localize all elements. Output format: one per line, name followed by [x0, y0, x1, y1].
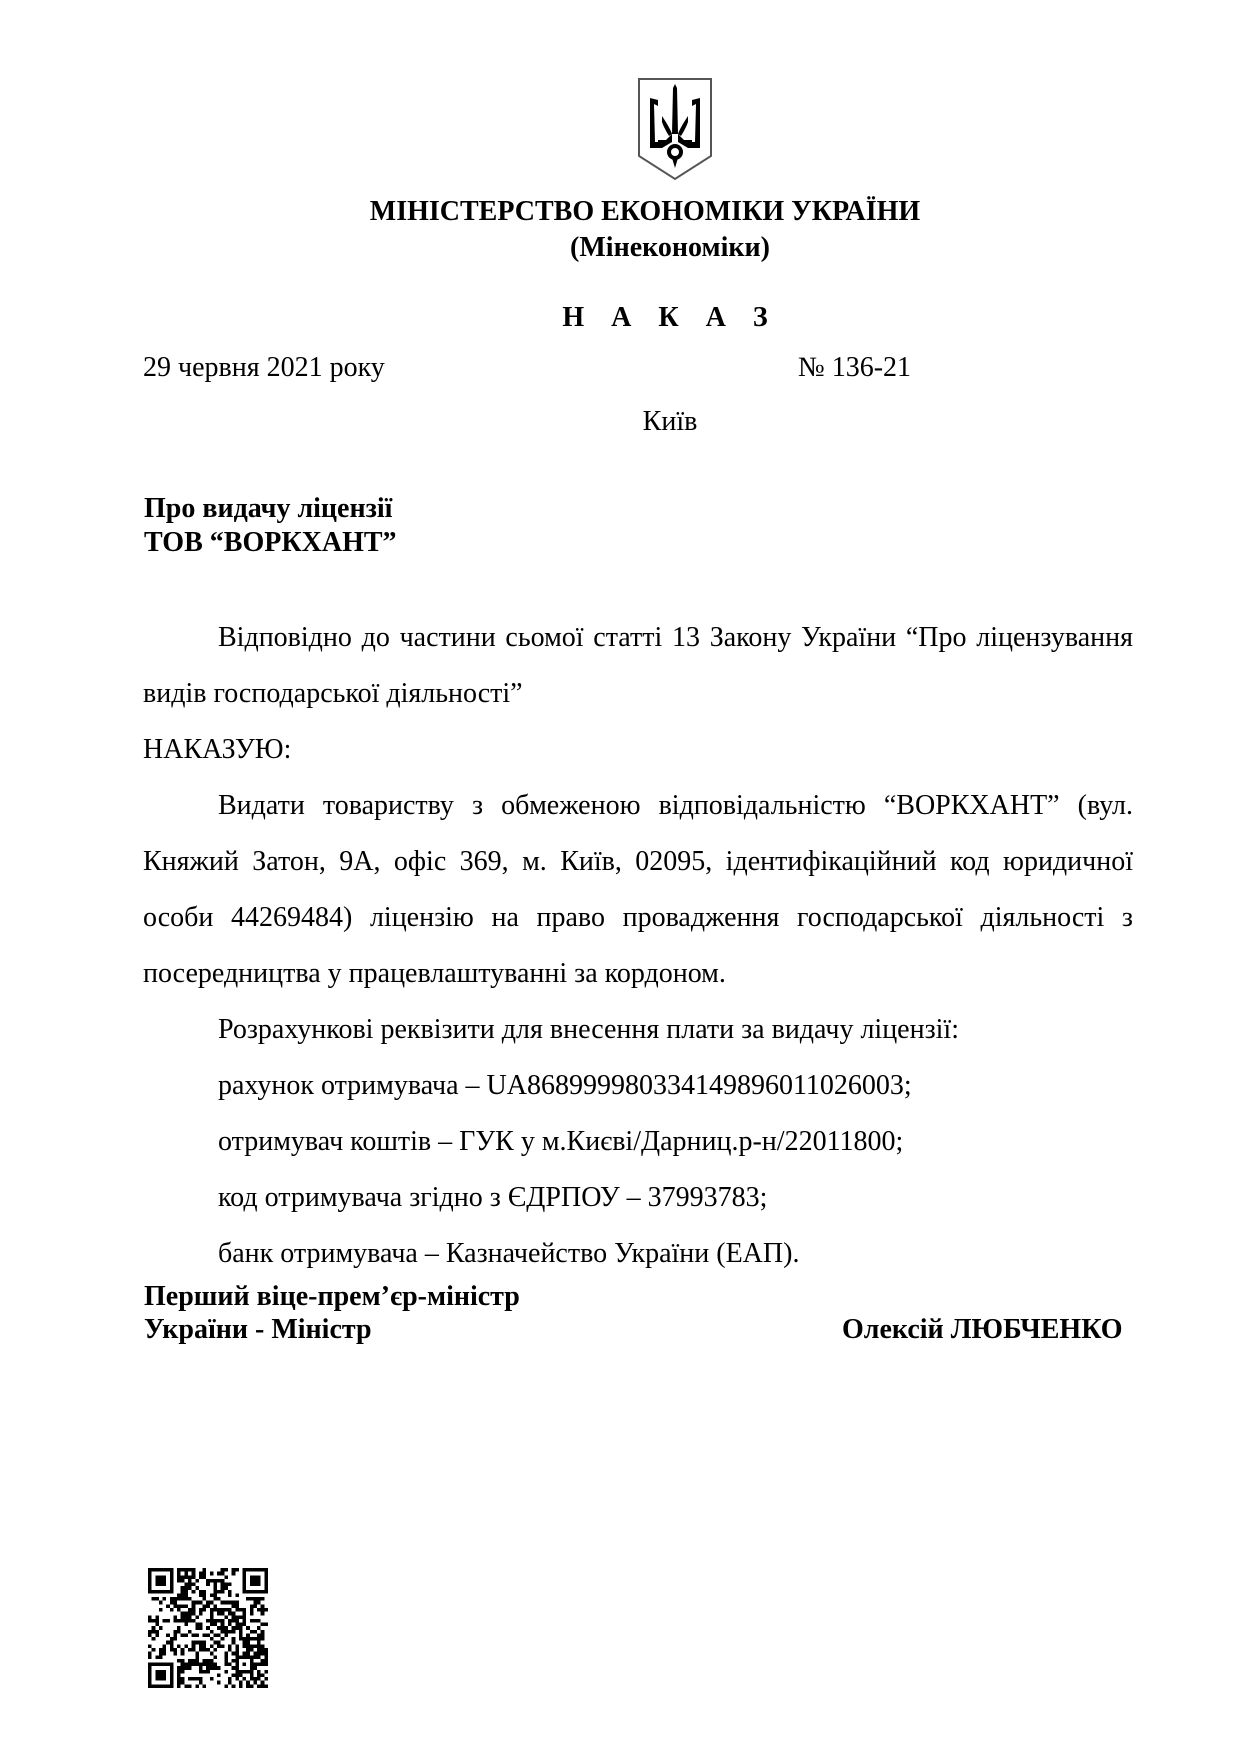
document-date: 29 червня 2021 року	[143, 352, 385, 384]
ministry-name: МІНІСТЕРСТВО ЕКОНОМІКИ УКРАЇНИ	[0, 196, 1241, 228]
subject-line-2: ТОВ “ВОРКХАНТ”	[144, 526, 397, 560]
signatory-name: Олексій ЛЮБЧЕНКО	[842, 1313, 1123, 1346]
requisite-edrpou: код отримувача згідно з ЄДРПОУ – 3799378…	[143, 1170, 1133, 1226]
document-type-title: Н А К А З	[0, 302, 1241, 334]
preamble-paragraph: Відповідно до частини сьомої статті 13 З…	[143, 610, 1133, 722]
position-line-1: Перший віце-прем’єр-міністр	[144, 1280, 520, 1313]
ministry-short-name: (Мінекономіки)	[0, 232, 1241, 264]
signatory-position: Перший віце-прем’єр-міністр України - Мі…	[144, 1280, 520, 1346]
document-body: Відповідно до частини сьомої статті 13 З…	[143, 610, 1133, 1282]
qr-code-icon	[148, 1568, 268, 1688]
subject-line-1: Про видачу ліцензії	[144, 492, 397, 526]
requisites-title: Розрахункові реквізити для внесення плат…	[143, 1002, 1133, 1058]
order-word: НАКАЗУЮ:	[143, 722, 1133, 778]
trident-coat-of-arms-icon	[636, 76, 714, 182]
document-city: Київ	[0, 406, 1241, 438]
document-number: № 136-21	[798, 352, 911, 384]
position-line-2: України - Міністр	[144, 1313, 520, 1346]
document-subject: Про видачу ліцензії ТОВ “ВОРКХАНТ”	[144, 492, 397, 560]
requisite-bank: банк отримувача – Казначейство України (…	[143, 1226, 1133, 1282]
decision-paragraph: Видати товариству з обмеженою відповідал…	[143, 778, 1133, 1002]
requisite-recipient: отримувач коштів – ГУК у м.Києві/Дарниц.…	[143, 1114, 1133, 1170]
requisite-account: рахунок отримувача – UA86899998033414989…	[143, 1058, 1133, 1114]
